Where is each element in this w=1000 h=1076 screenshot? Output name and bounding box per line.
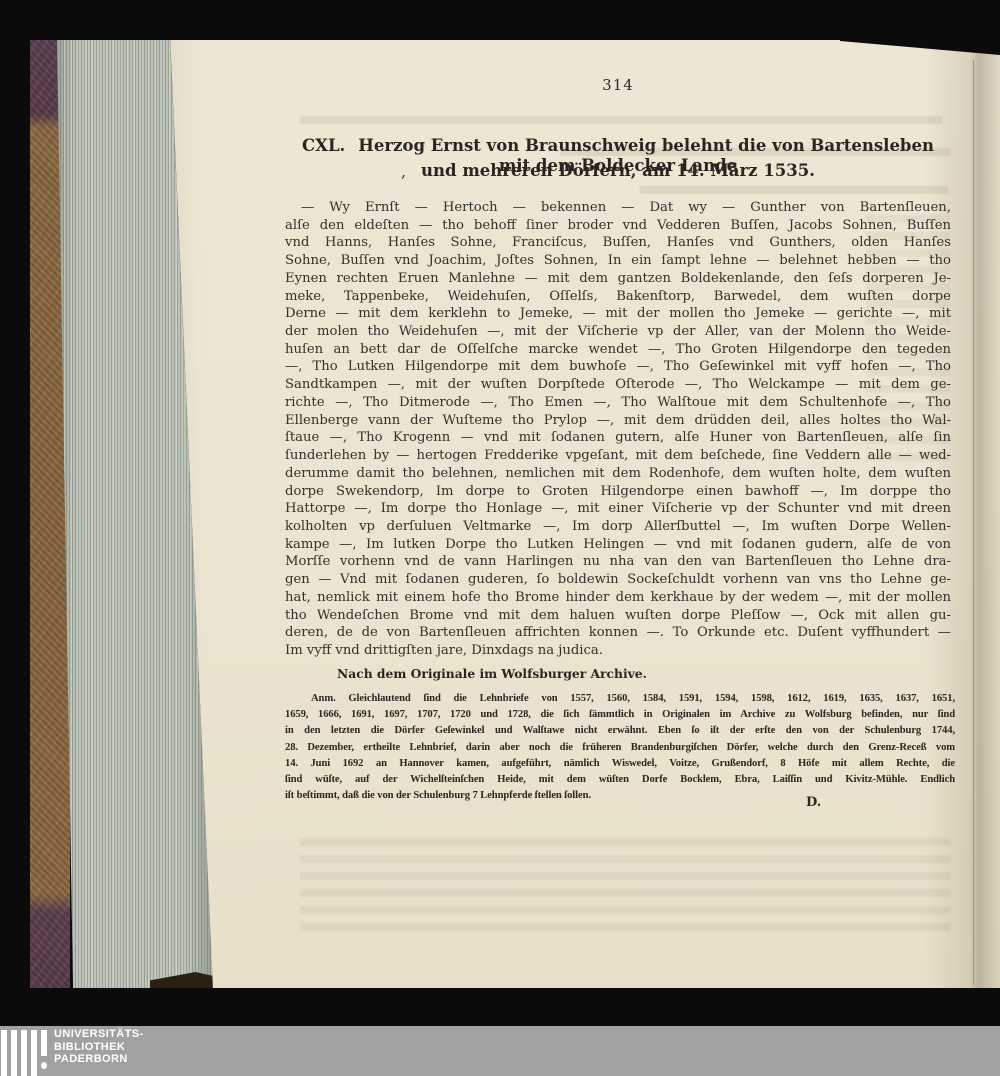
body-line: Im vyff vnd drittigſten jare, Dinxdags n… [285, 642, 951, 660]
body-line: ſtaue —, Tho Krogenn — vnd mit ſodanen g… [285, 429, 951, 447]
page-number: 314 [285, 76, 951, 94]
annotation-block: Anm. Gleichlautend ſind die Lehnbriefe v… [285, 691, 955, 804]
body-line: gen — Vnd mit ſodanen guderen, ſo boldew… [285, 571, 951, 589]
annotation-line: 1659, 1666, 1691, 1697, 1707, 1720 und 1… [285, 707, 955, 723]
annotation-line: 14. Juni 1692 an Hannover kamen, aufgefü… [285, 756, 955, 772]
editor-signature: D. [806, 795, 821, 810]
scan-border-bottom [0, 988, 1000, 1028]
document-number: CXL. [302, 136, 345, 155]
body-line: — Wy Ernſt — Hertoch — bekennen — Dat wy… [285, 199, 951, 217]
body-line: Hattorpe —, Im dorpe tho Honlage —, mit … [285, 500, 951, 518]
library-name-line3: PADERBORN [54, 1053, 144, 1066]
charter-body-text: — Wy Ernſt — Hertoch — bekennen — Dat wy… [285, 199, 951, 660]
body-line: der molen tho Weidehuſen —, mit der Viſc… [285, 323, 951, 341]
body-line: kampe —, Im lutken Dorpe tho Lutken Heli… [285, 536, 951, 554]
body-line: deren, de de von Bartenſleuen affrichten… [285, 624, 951, 642]
body-line: Derne — mit dem kerklehn to Jemeke, — mi… [285, 305, 951, 323]
body-line: kolholten vp derſuluen Veltmarke —, Im d… [285, 518, 951, 536]
source-note: Nach dem Originale im Wolfsburger Archiv… [337, 666, 647, 681]
page-gutter-crease [973, 60, 974, 985]
annotation-line: Anm. Gleichlautend ſind die Lehnbriefe v… [285, 691, 955, 707]
library-footer-bar [0, 1026, 1000, 1076]
body-line: —, Tho Lutken Hilgendorpe mit dem buwhoſ… [285, 358, 951, 376]
annotation-line: iſt beſtimmt, daß die von der Schulenbur… [285, 788, 955, 804]
annotation-line: ſind wüſte, auf der Wichelſteinſchen Hei… [285, 772, 955, 788]
body-line: Sohne, Buſſen vnd Joachim, Joſtes Sohnen… [285, 252, 951, 270]
library-name-line1: UNIVERSITÄTS- [54, 1028, 144, 1041]
library-name: UNIVERSITÄTS- BIBLIOTHEK PADERBORN [54, 1028, 144, 1066]
body-line: Sandtkampen —, mit der wuſten Dorpſtede … [285, 376, 951, 394]
stray-ink-mark: , [401, 162, 406, 181]
scan-border-top [0, 0, 1000, 40]
body-line: Morſſe vorhenn vnd de vann Harlingen nu … [285, 553, 951, 571]
body-line: vnd Hanns, Hanſes Sohne, Franciſcus, Buſ… [285, 234, 951, 252]
body-line: alſe den eldeſten — tho behoff ſiner bro… [285, 217, 951, 235]
library-name-line2: BIBLIOTHEK [54, 1041, 144, 1054]
body-line: derumme damit tho belehnen, nemlichen mi… [285, 465, 951, 483]
annotation-line: 28. Dezember, ertheilte Lehnbrief, darin… [285, 740, 955, 756]
body-line: huſen an bett dar de Oſſelſche marcke we… [285, 341, 951, 359]
scanned-book-page: 314 CXL.Herzog Ernst von Braunschweig be… [0, 0, 1000, 1076]
library-logo-icon [1, 1030, 47, 1076]
annotation-line: in den letzten die Dörfer Geſewinkel und… [285, 723, 955, 739]
scan-border-left [0, 0, 30, 1030]
body-line: hat, nemlick mit einem hofe tho Brome hi… [285, 589, 951, 607]
document-heading-line2: und mehreren Dörfern, am 14. März 1535. [285, 161, 951, 181]
body-line: Eynen rechten Eruen Manlehne — mit dem g… [285, 270, 951, 288]
body-line: dorpe Swekendorp, Im dorpe to Groten Hil… [285, 483, 951, 501]
body-line: meke, Tappenbeke, Weidehuſen, Oſſelſs, B… [285, 288, 951, 306]
body-line: ſunderlehen by — hertogen Fredderike vpg… [285, 447, 951, 465]
body-line: Ellenberge vann der Wuſteme tho Prylop —… [285, 412, 951, 430]
body-line: tho Wendeſchen Brome vnd mit dem haluen … [285, 607, 951, 625]
body-line: richte —, Tho Ditmerode —, Tho Emen —, T… [285, 394, 951, 412]
